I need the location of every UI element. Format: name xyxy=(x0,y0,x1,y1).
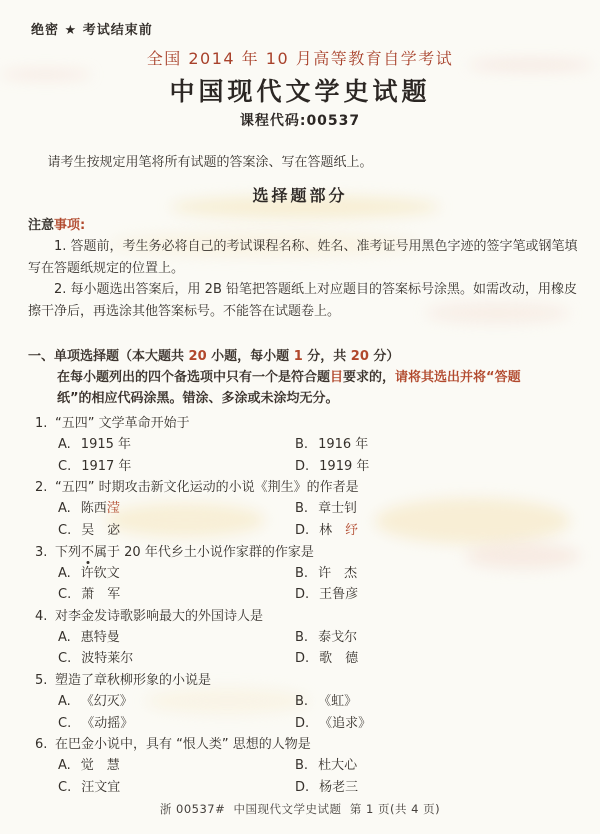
text-segment: 惠特曼 xyxy=(81,630,120,645)
attention-heading: 注意事项: xyxy=(28,215,578,236)
question-text: 在巴金小说中，具有 “恨人类” 思想的人物是 xyxy=(55,734,582,755)
option-label: A. xyxy=(58,755,71,777)
options-grid: A.陈西滢B.章士钊C.吴 宓D.林 纾 xyxy=(58,498,582,541)
option-label: C. xyxy=(58,777,71,799)
option-text: 林 纾 xyxy=(319,523,358,538)
option-text: 《幻灭》 xyxy=(81,694,133,709)
option-label: C. xyxy=(58,520,71,542)
exam-title: 中国现代文学史试题 xyxy=(0,72,600,108)
option-label: D. xyxy=(295,713,309,735)
options-grid: A.觉 慧B.杜大心C.汪文宜D.杨老三 xyxy=(58,755,582,798)
option-text: 波特莱尔 xyxy=(81,651,133,666)
option-text: 泰戈尔 xyxy=(318,630,357,645)
option-c: C.波特莱尔 xyxy=(58,648,295,670)
text-segment: 分） xyxy=(369,349,400,364)
text-segment: 1916 年 xyxy=(318,437,368,452)
question-number: 2. xyxy=(28,477,55,498)
question-number: 4. xyxy=(28,606,55,627)
option-text: 1916 年 xyxy=(318,437,368,452)
text-segment: 杜大心 xyxy=(318,758,357,773)
attention-block: 注意事项: 1. 答题前，考生务必将自己的考试课程名称、姓名、准考证号用黑色字迹… xyxy=(28,215,578,322)
question: 3.下列不属于 20 年代乡土小说作家群的作家是A.许钦文B.许 杰C.萧 军D… xyxy=(28,542,582,606)
question-stem: 4.对李金发诗歌影响最大的外国诗人是 xyxy=(28,606,582,627)
option-label: D. xyxy=(295,456,309,478)
option-a: A.许钦文 xyxy=(58,563,295,585)
text-segment: 小题，每小题 xyxy=(207,349,294,364)
text-segment: 纸”的相应代码涂黑。错涂、多涂或未涂均无分。 xyxy=(57,391,339,406)
text-segment: 不 xyxy=(81,545,94,560)
option-label: D. xyxy=(295,648,309,670)
option-c: C.1917 年 xyxy=(58,456,295,478)
option-label: C. xyxy=(58,648,71,670)
text-segment: 歌 德 xyxy=(319,651,358,666)
option-text: 杜大心 xyxy=(318,758,357,773)
text-segment: 章士钊 xyxy=(318,501,357,516)
section-one-instruction-line-1: 在每小题列出的四个备选项中只有一个是符合题目要求的，请将其选出并将“答题 xyxy=(57,367,580,388)
text-segment: 20 xyxy=(189,349,207,364)
text-segment: 萧 军 xyxy=(81,587,120,602)
text-segment: 一、单项选择题（本大题共 xyxy=(28,349,189,364)
option-label: D. xyxy=(295,777,309,799)
option-c: C.汪文宜 xyxy=(58,777,295,799)
option-label: D. xyxy=(295,520,309,542)
option-label: A. xyxy=(58,498,71,520)
option-text: 《追求》 xyxy=(319,716,371,731)
option-d: D.王鲁彦 xyxy=(295,584,582,606)
text-segment: 下列 xyxy=(55,545,81,560)
question-text: 下列不属于 20 年代乡土小说作家群的作家是 xyxy=(55,542,582,563)
option-b: B.杜大心 xyxy=(295,755,582,777)
exam-paper-page: 绝密 ★ 考试结束前 全国 2014 年 10 月高等教育自学考试 中国现代文学… xyxy=(0,0,600,834)
text-segment: 1919 年 xyxy=(319,459,369,474)
option-label: B. xyxy=(295,627,308,649)
text-segment: 陈西 xyxy=(81,501,107,516)
course-code: 课程代码:00537 xyxy=(0,110,600,130)
section-part-title: 选择题部分 xyxy=(0,183,600,206)
option-b: B.1916 年 xyxy=(295,434,582,456)
option-a: A.惠特曼 xyxy=(58,627,295,649)
option-text: 杨老三 xyxy=(319,780,358,795)
text-segment: 杨老三 xyxy=(319,780,358,795)
option-label: B. xyxy=(295,563,308,585)
option-label: B. xyxy=(295,434,308,456)
question: 2.“五四” 时期攻击新文化运动的小说《荆生》的作者是A.陈西滢B.章士钊C.吴… xyxy=(28,477,582,541)
option-d: D.杨老三 xyxy=(295,777,582,799)
text-segment: 汪文宜 xyxy=(81,780,120,795)
option-label: C. xyxy=(58,713,71,735)
text-segment: 对李金发诗歌影响最大的外国诗人是 xyxy=(55,609,263,624)
options-grid: A.惠特曼B.泰戈尔C.波特莱尔D.歌 德 xyxy=(58,627,582,670)
section-one-instruction-line-2: 纸”的相应代码涂黑。错涂、多涂或未涂均无分。 xyxy=(57,388,580,409)
text-segment: 波特莱尔 xyxy=(81,651,133,666)
question-number: 6. xyxy=(28,734,55,755)
option-a: A.觉 慧 xyxy=(58,755,295,777)
text-segment: 事项: xyxy=(54,218,85,233)
text-segment: 滢 xyxy=(107,501,120,516)
option-a: A.陈西滢 xyxy=(58,498,295,520)
text-segment: 属于 20 年代乡土小说作家群的作家是 xyxy=(94,545,314,560)
option-text: 章士钊 xyxy=(318,501,357,516)
text-segment: 觉 慧 xyxy=(81,758,120,773)
text-segment: 林 xyxy=(319,523,345,538)
question-stem: 3.下列不属于 20 年代乡土小说作家群的作家是 xyxy=(28,542,582,563)
question-text: “五四” 文学革命开始于 xyxy=(55,413,582,434)
option-text: 萧 军 xyxy=(81,587,120,602)
question-text: 对李金发诗歌影响最大的外国诗人是 xyxy=(55,606,582,627)
text-segment: 1917 年 xyxy=(81,459,131,474)
question-number: 1. xyxy=(28,413,55,434)
option-label: A. xyxy=(58,627,71,649)
option-text: 觉 慧 xyxy=(81,758,120,773)
text-segment: 纾 xyxy=(345,523,358,538)
option-label: C. xyxy=(58,584,71,606)
text-segment: 吴 宓 xyxy=(81,523,120,538)
text-segment: 许 杰 xyxy=(318,566,357,581)
questions-list: 1.“五四” 文学革命开始于A.1915 年B.1916 年C.1917 年D.… xyxy=(28,413,582,799)
question-stem: 2.“五四” 时期攻击新文化运动的小说《荆生》的作者是 xyxy=(28,477,582,498)
option-b: B.许 杰 xyxy=(295,563,582,585)
option-a: A.1915 年 xyxy=(58,434,295,456)
question-stem: 5.塑造了章秋柳形象的小说是 xyxy=(28,670,582,691)
question: 5.塑造了章秋柳形象的小说是A.《幻灭》B.《虹》C.《动摇》D.《追求》 xyxy=(28,670,582,734)
section-one-block: 一、单项选择题（本大题共 20 小题，每小题 1 分，共 20 分） 在每小题列… xyxy=(28,346,580,409)
answer-sheet-notice: 请考生按规定用笔将所有试题的答案涂、写在答题纸上。 xyxy=(28,153,576,172)
options-grid: A.1915 年B.1916 年C.1917 年D.1919 年 xyxy=(58,434,582,477)
attention-item-1: 1. 答题前，考生务必将自己的考试课程名称、姓名、准考证号用黑色字迹的签字笔或钢… xyxy=(28,236,578,279)
text-segment: 20 xyxy=(351,349,369,364)
option-label: A. xyxy=(58,434,71,456)
option-text: 吴 宓 xyxy=(81,523,120,538)
option-c: C.吴 宓 xyxy=(58,520,295,542)
question-text: “五四” 时期攻击新文化运动的小说《荆生》的作者是 xyxy=(55,477,582,498)
options-grid: A.《幻灭》B.《虹》C.《动摇》D.《追求》 xyxy=(58,691,582,734)
text-segment: “五四” 文学革命开始于 xyxy=(55,416,190,431)
option-text: 许 杰 xyxy=(318,566,357,581)
text-segment: 分，共 xyxy=(303,349,351,364)
option-d: D.《追求》 xyxy=(295,713,582,735)
question-stem: 6.在巴金小说中，具有 “恨人类” 思想的人物是 xyxy=(28,734,582,755)
option-text: 歌 德 xyxy=(319,651,358,666)
question-number: 5. xyxy=(28,670,55,691)
option-label: B. xyxy=(295,498,308,520)
option-c: C.《动摇》 xyxy=(58,713,295,735)
text-segment: 目 xyxy=(330,370,343,385)
text-segment: 要求的， xyxy=(343,370,395,385)
option-b: B.《虹》 xyxy=(295,691,582,713)
option-label: A. xyxy=(58,563,71,585)
option-text: 1915 年 xyxy=(81,437,131,452)
option-d: D.林 纾 xyxy=(295,520,582,542)
question-number: 3. xyxy=(28,542,55,563)
option-label: A. xyxy=(58,691,71,713)
option-c: C.萧 军 xyxy=(58,584,295,606)
exam-session-title: 全国 2014 年 10 月高等教育自学考试 xyxy=(0,46,600,69)
attention-item-2: 2. 每小题选出答案后，用 2B 铅笔把答题纸上对应题目的答案标号涂黑。如需改动… xyxy=(28,279,578,322)
text-segment: 在每小题列出的四个备选项中只有一个是符合题 xyxy=(57,370,330,385)
option-b: B.章士钊 xyxy=(295,498,582,520)
option-label: C. xyxy=(58,456,71,478)
question-text: 塑造了章秋柳形象的小说是 xyxy=(55,670,582,691)
option-label: B. xyxy=(295,755,308,777)
text-segment: 在巴金小说中，具有 “恨人类” 思想的人物是 xyxy=(55,737,311,752)
option-label: B. xyxy=(295,691,308,713)
question: 1.“五四” 文学革命开始于A.1915 年B.1916 年C.1917 年D.… xyxy=(28,413,582,477)
text-segment: “五四” 时期攻击新文化运动的小说《荆生》的作者是 xyxy=(55,480,359,495)
section-one-heading: 一、单项选择题（本大题共 20 小题，每小题 1 分，共 20 分） xyxy=(28,346,580,367)
text-segment: 塑造了章秋柳形象的小说是 xyxy=(55,673,211,688)
option-b: B.泰戈尔 xyxy=(295,627,582,649)
option-text: 许钦文 xyxy=(81,566,120,581)
text-segment: 请将其选出并将“答题 xyxy=(395,370,521,385)
text-segment: 王鲁彦 xyxy=(319,587,358,602)
option-a: A.《幻灭》 xyxy=(58,691,295,713)
option-d: D.1919 年 xyxy=(295,456,582,478)
option-text: 汪文宜 xyxy=(81,780,120,795)
question-stem: 1.“五四” 文学革命开始于 xyxy=(28,413,582,434)
text-segment: 许钦文 xyxy=(81,566,120,581)
text-segment: 《动摇》 xyxy=(81,716,133,731)
text-segment: 注意 xyxy=(28,218,54,233)
option-label: D. xyxy=(295,584,309,606)
option-text: 惠特曼 xyxy=(81,630,120,645)
options-grid: A.许钦文B.许 杰C.萧 军D.王鲁彦 xyxy=(58,563,582,606)
option-d: D.歌 德 xyxy=(295,648,582,670)
text-segment: 《幻灭》 xyxy=(81,694,133,709)
option-text: 陈西滢 xyxy=(81,501,120,516)
text-segment: 《虹》 xyxy=(318,694,357,709)
option-text: 1917 年 xyxy=(81,459,131,474)
text-segment: 泰戈尔 xyxy=(318,630,357,645)
page-footer: 浙 00537# 中国现代文学史试题 第 1 页(共 4 页) xyxy=(0,801,600,817)
text-segment: 1 xyxy=(294,349,303,364)
option-text: 1919 年 xyxy=(319,459,369,474)
option-text: 《动摇》 xyxy=(81,716,133,731)
option-text: 《虹》 xyxy=(318,694,357,709)
option-text: 王鲁彦 xyxy=(319,587,358,602)
text-segment: 《追求》 xyxy=(319,716,371,731)
question: 6.在巴金小说中，具有 “恨人类” 思想的人物是A.觉 慧B.杜大心C.汪文宜D… xyxy=(28,734,582,798)
question: 4.对李金发诗歌影响最大的外国诗人是A.惠特曼B.泰戈尔C.波特莱尔D.歌 德 xyxy=(28,606,582,670)
classification-label: 绝密 ★ 考试结束前 xyxy=(31,19,153,38)
text-segment: 1915 年 xyxy=(81,437,131,452)
